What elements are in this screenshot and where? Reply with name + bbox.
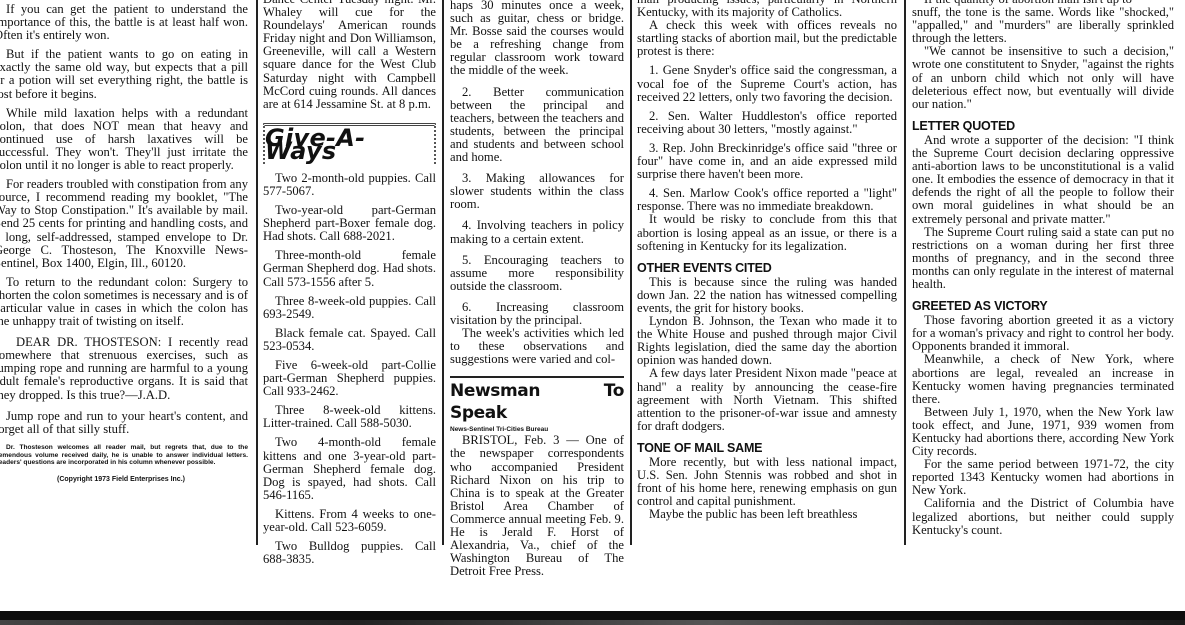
- paragraph: A few days later President Nixon made "p…: [637, 367, 897, 432]
- paragraph: haps 30 minutes once a week, such as gui…: [450, 0, 624, 78]
- column-rule: [904, 0, 906, 545]
- paragraph: mail producing issues, particularly in N…: [637, 0, 897, 19]
- story-paragraph: BRISTOL, Feb. 3 — One of the newspaper c…: [450, 434, 624, 578]
- column-rule: [256, 0, 258, 545]
- column-rule: [630, 0, 632, 545]
- reader-letter: DEAR DR. THOSTESON: I recently read some…: [0, 336, 248, 401]
- paragraph: For the same period between 1971-72, the…: [912, 458, 1174, 497]
- listing: Two Bulldog puppies. Call 688-3835.: [263, 540, 436, 566]
- listing: Two-year-old part-German Shepherd part-B…: [263, 204, 436, 243]
- paragraph: Meanwhile, a check of New York, where ab…: [912, 353, 1174, 405]
- listing: Three 8-week-old kittens. Litter-trained…: [263, 404, 436, 430]
- list-item: 4. Involving teachers in policy making t…: [450, 219, 624, 245]
- list-item: 2. Sen. Walter Huddleston's office repor…: [637, 110, 897, 136]
- list-item: 5. Encouraging teachers to assume more r…: [450, 254, 624, 293]
- subhead-tone-of-mail: TONE OF MAIL SAME: [637, 442, 897, 455]
- paragraph: The Supreme Court ruling said a state ca…: [912, 226, 1174, 291]
- subhead-letter-quoted: LETTER QUOTED: [912, 120, 1174, 133]
- paragraph: Those favoring abortion greeted it as a …: [912, 314, 1174, 353]
- abortion-story-column-b: If the quantity of abortion mail isn't u…: [912, 0, 1174, 537]
- paragraph: A check this week with offices reveals n…: [637, 19, 897, 58]
- listing: Kittens. From 4 weeks to one-year-old. C…: [263, 508, 436, 534]
- listing: Two 4-month-old female kittens and one 3…: [263, 436, 436, 501]
- list-item: 2. Better communication between the prin…: [450, 86, 624, 165]
- list-item: 6. Increasing classroom visitation by th…: [450, 301, 624, 327]
- paragraph: "We cannot be insensitive to such a deci…: [912, 45, 1174, 110]
- column-rule: [442, 0, 444, 545]
- list-item: 4. Sen. Marlow Cook's office reported a …: [637, 187, 897, 213]
- paragraph: More recently, but with less national im…: [637, 456, 897, 508]
- paragraph: While mild laxation helps with a redunda…: [0, 107, 248, 172]
- paragraph: snuff, the tone is the same. Words like …: [912, 6, 1174, 45]
- paragraph: Lyndon B. Johnson, the Texan who made it…: [637, 315, 897, 367]
- paragraph: For readers troubled with constipation f…: [0, 178, 248, 270]
- paragraph: California and the District of Columbia …: [912, 497, 1174, 536]
- scan-bottom-edge-shade: [0, 620, 1185, 625]
- column-note: Dr. Thosteson welcomes all reader mail, …: [0, 444, 248, 467]
- paragraph: Between July 1, 1970, when the New York …: [912, 406, 1174, 458]
- list-item: 3. Rep. John Breckinridge's office said …: [637, 142, 897, 181]
- listing: Black female cat. Spayed. Call 523-0534.: [263, 327, 436, 353]
- paragraph: This is because since the ruling was han…: [637, 276, 897, 315]
- list-item: 1. Gene Snyder's office said the congres…: [637, 64, 897, 103]
- giveaways-header-box: Give-A-Ways: [263, 123, 436, 164]
- abortion-story-column-a: mail producing issues, particularly in N…: [637, 0, 897, 521]
- giveaways-column: Dance Center Tuesday night. Mr. Whaley w…: [263, 0, 436, 566]
- copyright-line: (Copyright 1973 Field Enterprises Inc.): [0, 473, 248, 486]
- school-column: haps 30 minutes once a week, such as gui…: [450, 0, 624, 578]
- paragraph: The week's activities which led to these…: [450, 327, 624, 366]
- subhead-other-events: OTHER EVENTS CITED: [637, 262, 897, 275]
- answer: Jump rope and run to your heart's conten…: [0, 410, 248, 436]
- paragraph: But if the patient wants to go on eating…: [0, 48, 248, 100]
- subhead-greeted-as-victory: GREETED AS VICTORY: [912, 300, 1174, 313]
- list-item: 3. Making allowances for slower students…: [450, 172, 624, 211]
- paragraph: And wrote a supporter of the decision: "…: [912, 134, 1174, 226]
- paragraph: If you can get the patient to understand…: [0, 3, 248, 42]
- health-column: If you can get the patient to understand…: [0, 0, 248, 486]
- headline-newsman: Newsman To Speak: [450, 376, 624, 424]
- giveaways-title: Give-A-Ways: [265, 132, 434, 158]
- listing: Three 8-week-old puppies. Call 693-2549.: [263, 295, 436, 321]
- listing: Three-month-old female German Shepherd d…: [263, 249, 436, 288]
- listing: Two 2-month-old puppies. Call 577-5067.: [263, 172, 436, 198]
- paragraph: It would be risky to conclude from this …: [637, 213, 897, 252]
- paragraph: To return to the redundant colon: Surger…: [0, 276, 248, 328]
- paragraph: Maybe the public has been left breathles…: [637, 508, 897, 521]
- listing: Five 6-week-old part-Collie part-German …: [263, 359, 436, 398]
- dance-paragraph: Dance Center Tuesday night. Mr. Whaley w…: [263, 0, 436, 111]
